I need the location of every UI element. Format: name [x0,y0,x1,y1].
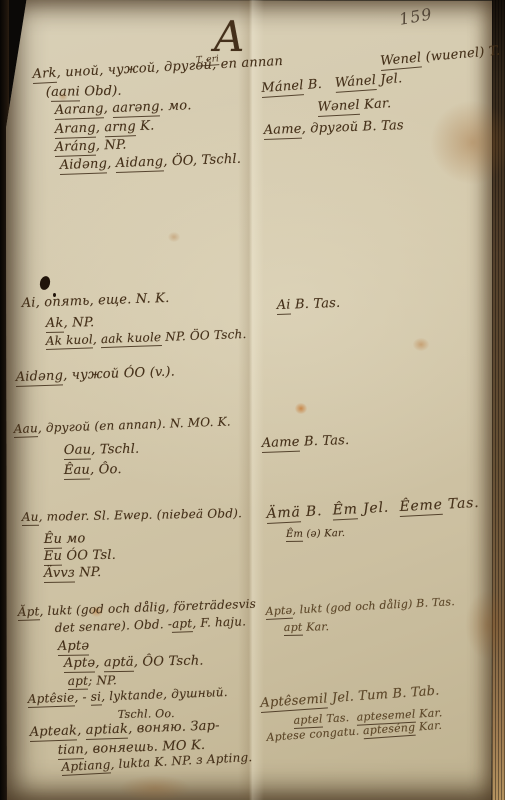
entry-text: , ÖO, Tschl. [163,152,241,170]
entry-eu-mo: Êu мо [44,532,86,548]
entry-text: Jel. [357,499,400,517]
headword: Êm [286,529,303,542]
headword: Aidəng [15,368,63,387]
headword: Apteak [29,723,77,742]
headword: aani [51,84,80,102]
entry-apt-np: apt; NP. [68,674,117,689]
headword: Aptə [265,604,292,620]
entry-text: , ÔO Tsch. [134,654,204,670]
headword: Aptə [64,655,96,673]
headword: Ävvɜ [44,565,75,583]
headword: Ak kuol [45,332,93,350]
headword: Êm [332,501,358,520]
book-page-edges [492,0,505,800]
entry-text: B. Tas. [299,433,349,450]
entry-text: , NP. [95,137,126,153]
headword: Eu [44,549,63,566]
headword: Ak [46,316,64,333]
headword: aak kuole [101,330,162,348]
headword: aptä [104,655,134,673]
manuscript-photo: 159 A T. eri Ark, иной, чужой, другой, e… [0,0,505,800]
headword: Aptêsie [27,690,74,708]
headword: Aidang [116,154,164,173]
headword: Ăpt [17,604,39,621]
entry-text: . мо. [159,98,192,114]
headword: Wənel [317,98,360,117]
headword: Aame [261,435,300,453]
headword: arng [104,119,136,137]
entry-text: Jel. [376,71,403,88]
entry-text: Obd). [80,84,122,100]
entry-text: (ə) Kar. [303,528,345,540]
headword: Aidəng [59,156,107,175]
fold-crease [238,0,264,800]
entry-text: Kar. [302,620,329,633]
entry-text: B. Tas. [290,296,340,313]
headword: si [91,689,102,705]
headword: Aau [13,421,38,438]
entry-text: , [103,101,112,116]
headword: Wánel [334,73,376,93]
entry-arang-np: Aráng, NP. [54,138,126,155]
headword: Aráng [54,139,96,157]
headword: apt [172,616,193,633]
entry-ak: Ak, NP. [46,316,95,332]
headword: apt [68,674,89,690]
entry-text: Tschl. Oo. [118,707,175,721]
entry-text: B. [300,503,333,521]
headword: Au [22,510,39,526]
entry-text: det senare). Obd. - [54,617,172,635]
entry-ark-cont: (aani Obd). [46,85,122,101]
entry-text: мо [62,531,86,546]
headword: Arang [54,121,96,139]
headword: aptiak [86,722,129,740]
headword: Aarang [54,101,104,120]
headword: Wenel [380,50,423,71]
headword: Ai [276,298,291,315]
headword: Êeme [399,497,443,517]
headword: Ämä [266,504,301,524]
entry-eau: Êau, Ôo. [64,463,122,479]
entry-text: , F. haju. [192,614,246,630]
entry-text: Tas. [442,495,479,513]
entry-text: Kar. [359,96,391,113]
headword: Aptə [58,638,90,656]
entry-oau: Oau, Tschl. [64,443,140,459]
entry-text: NP. ÖO Tsch. [161,327,247,344]
headword: Ai [21,296,35,311]
entry-apta-2: Aptə, aptä, ÔO Tsch. [64,655,204,672]
entry-text: , другой B. Tas [301,118,404,137]
entry-text: Tas. [322,711,357,726]
entry-text: , [95,120,104,135]
entry-text: Kar. [415,719,443,734]
entry-text: , Tschl. [91,442,139,458]
entry-em-kar: Êm (ə) Kar. [286,528,346,541]
entry-text: , NP. [63,315,94,331]
entry-text: K. [136,119,155,135]
headword: tian [57,742,84,760]
entry-text: , чужой ÓO (v.). [63,364,175,383]
entry-text: , moder. Sl. Ewep. (niebeä Obd). [39,506,243,524]
entry-text: B. [303,76,335,93]
entry-text: NP. [75,565,102,580]
entry-text: , воняю. Зap- [128,718,220,736]
headword: Êau [64,463,91,480]
headword: apt [284,621,303,636]
entry-text: ÓO Tsl. [62,548,116,564]
entry-apta: Aptə [58,639,90,654]
entry-eu-oo: Eu ÓO Tsl. [44,549,116,565]
headword: Oau [64,443,92,460]
entry-text: , Ôo. [90,462,122,478]
entry-apt-kar: apt Kar. [284,621,330,634]
entry-avvs: Ävvɜ NP. [44,566,102,582]
entry-text: , [95,655,104,670]
headword: Aame [263,122,302,140]
headword: Êu [44,532,63,549]
headword: Mánel [261,78,304,98]
headword: aarəng [112,99,160,118]
entry-ai-right: Ai B. Tas. [276,297,340,314]
headword: Aptiang [61,757,111,776]
entry-aame-2: Aame B. Tas. [261,434,349,452]
entry-text: , - [74,690,91,705]
headword: Ark [32,66,57,84]
entry-text: ; NP. [88,673,117,688]
